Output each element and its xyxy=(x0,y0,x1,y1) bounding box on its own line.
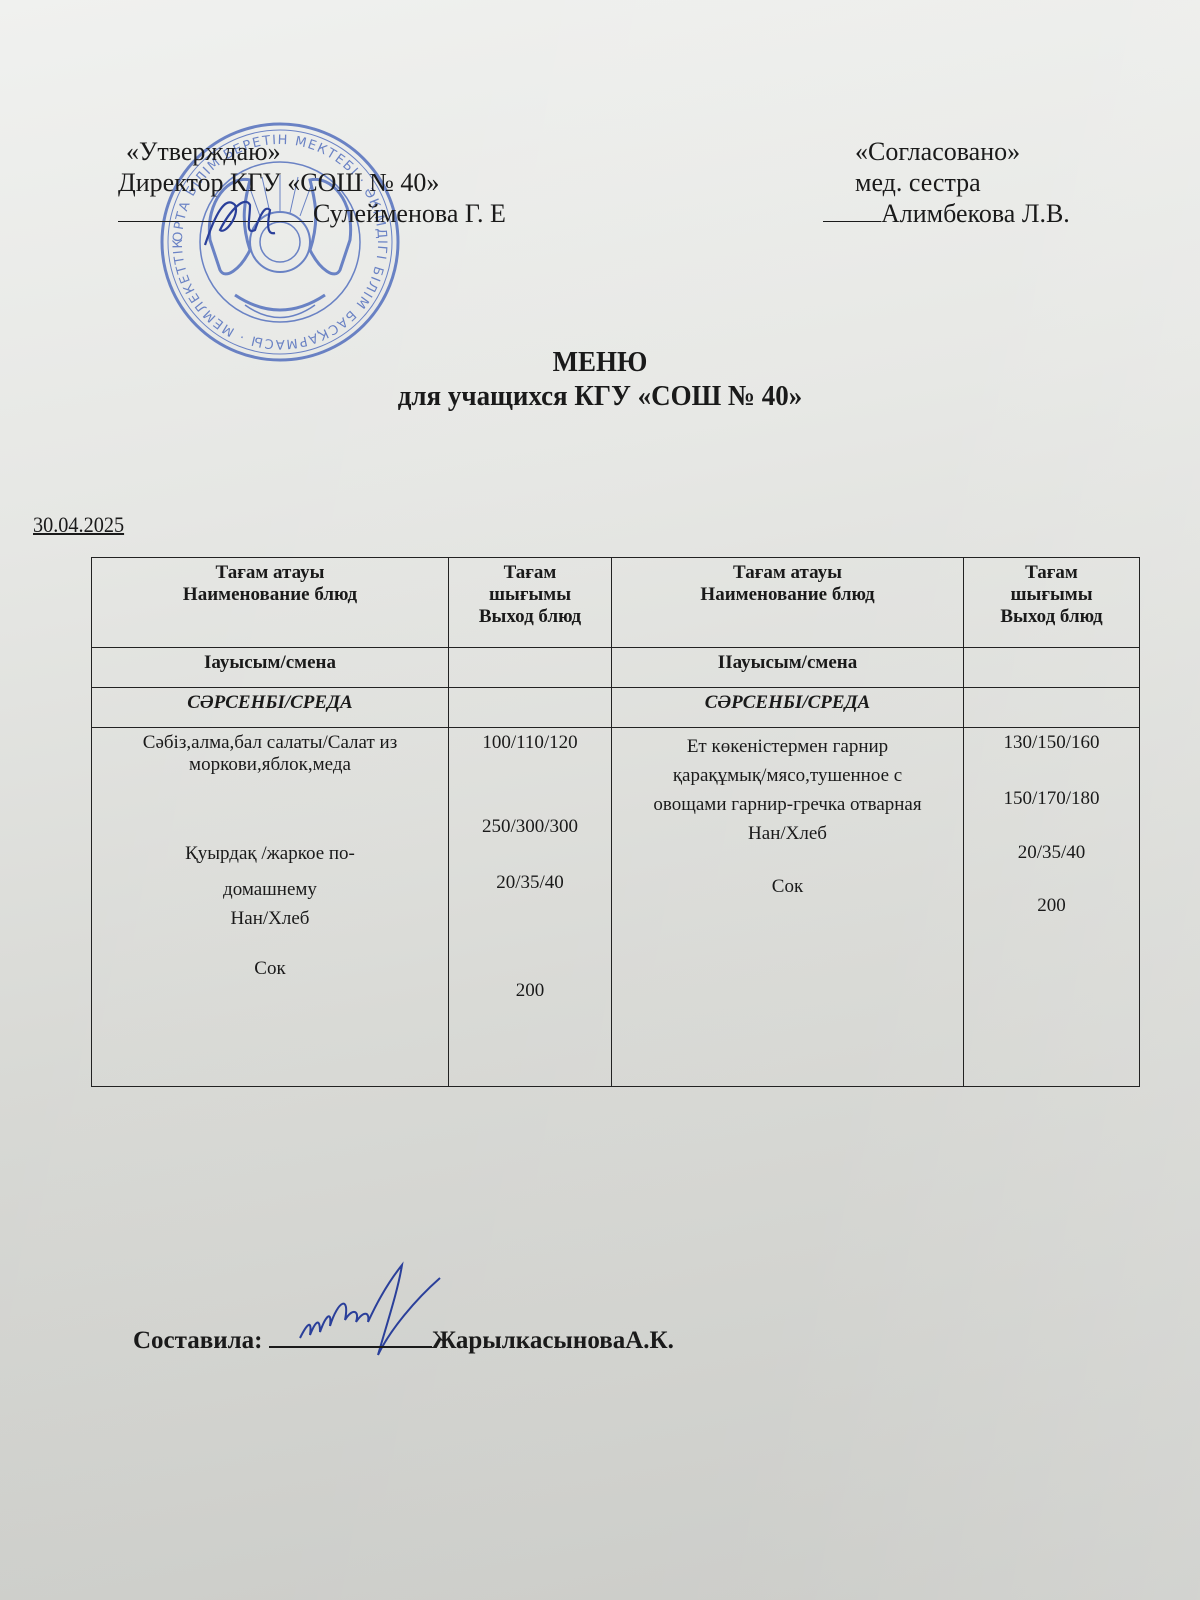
compiled-by-signature-line xyxy=(269,1322,432,1348)
portion-item: 200 xyxy=(453,980,607,1002)
table-header-row: Тағам атауыНаименование блюд Тағамшығымы… xyxy=(92,558,1140,648)
header-portion-1: ТағамшығымыВыход блюд xyxy=(449,558,612,648)
shift-2-portions: 130/150/160 150/170/180 20/35/40 200 xyxy=(964,728,1140,1087)
dish-item: Ет көкеністермен гарнир қарақұмық/мясо,т… xyxy=(616,732,959,819)
portion-item: 250/300/300 xyxy=(453,816,607,838)
agreement-label: «Согласовано» xyxy=(823,136,1070,167)
table-row: Сәбіз,алма,бал салаты/Салат из моркови,я… xyxy=(92,728,1140,1087)
dish-item: Нан/Хлеб xyxy=(96,908,444,930)
agreement-name: Алимбекова Л.В. xyxy=(881,199,1070,228)
approval-position: Директор КГУ «СОШ № 40» xyxy=(118,167,506,198)
day-1-empty xyxy=(449,688,612,728)
header-portion-2: ТағамшығымыВыход блюд xyxy=(964,558,1140,648)
compiled-by: Составила: ЖарылкасыноваА.К. xyxy=(133,1322,674,1355)
shift-2-empty xyxy=(964,648,1140,688)
header-dish-name-1: Тағам атауыНаименование блюд xyxy=(92,558,449,648)
dish-item: Сәбіз,алма,бал салаты/Салат из моркови,я… xyxy=(96,732,444,776)
header-dish-name-2: Тағам атауыНаименование блюд xyxy=(612,558,964,648)
portion-item: 200 xyxy=(968,895,1135,917)
shift-row: Іауысым/смена IIауысым/смена xyxy=(92,648,1140,688)
approval-name: Сулейменова Г. Е xyxy=(313,199,506,228)
shift-1-label: Іауысым/смена xyxy=(92,648,449,688)
shift-1-empty xyxy=(449,648,612,688)
portion-item: 150/170/180 xyxy=(968,788,1135,810)
shift-2-dishes: Ет көкеністермен гарнир қарақұмық/мясо,т… xyxy=(612,728,964,1087)
menu-table: Тағам атауыНаименование блюд Тағамшығымы… xyxy=(91,557,1140,1087)
agreement-position: мед. сестра xyxy=(823,167,1070,198)
approval-label: «Утверждаю» xyxy=(118,136,506,167)
document-title: МЕНЮ для учащихся КГУ «СОШ № 40» xyxy=(42,345,1158,413)
day-row: СӘРСЕНБІ/СРЕДА СӘРСЕНБІ/СРЕДА xyxy=(92,688,1140,728)
day-1-label: СӘРСЕНБІ/СРЕДА xyxy=(92,688,449,728)
shift-1-dishes: Сәбіз,алма,бал салаты/Салат из моркови,я… xyxy=(92,728,449,1087)
dish-item: Сок xyxy=(96,958,444,980)
approval-block: «Утверждаю» Директор КГУ «СОШ № 40» Суле… xyxy=(118,136,506,229)
portion-item: 130/150/160 xyxy=(968,732,1135,754)
day-2-label: СӘРСЕНБІ/СРЕДА xyxy=(612,688,964,728)
director-signature-icon xyxy=(195,175,285,255)
agreement-block: «Согласовано» мед. сестра Алимбекова Л.В… xyxy=(823,136,1070,229)
compiled-by-name: ЖарылкасыноваА.К. xyxy=(432,1327,674,1354)
agreement-signature-line: Алимбекова Л.В. xyxy=(823,198,1070,229)
title-menu: МЕНЮ xyxy=(42,345,1158,379)
portion-item: 100/110/120 xyxy=(453,732,607,754)
day-2-empty xyxy=(964,688,1140,728)
dish-item: Нан/Хлеб xyxy=(616,819,959,848)
title-subtitle: для учащихся КГУ «СОШ № 40» xyxy=(42,379,1158,413)
portion-item: 20/35/40 xyxy=(968,842,1135,864)
compiled-by-label: Составила: xyxy=(133,1327,263,1354)
approval-signature-line: Сулейменова Г. Е xyxy=(118,198,506,229)
dish-item: Сок xyxy=(616,876,959,898)
portion-item: 20/35/40 xyxy=(453,872,607,894)
shift-2-label: IIауысым/смена xyxy=(612,648,964,688)
shift-1-portions: 100/110/120 250/300/300 20/35/40 200 xyxy=(449,728,612,1087)
menu-date: 30.04.2025 xyxy=(33,512,124,538)
dish-item: Қуырдақ /жаркое по-домашнему xyxy=(96,836,444,908)
